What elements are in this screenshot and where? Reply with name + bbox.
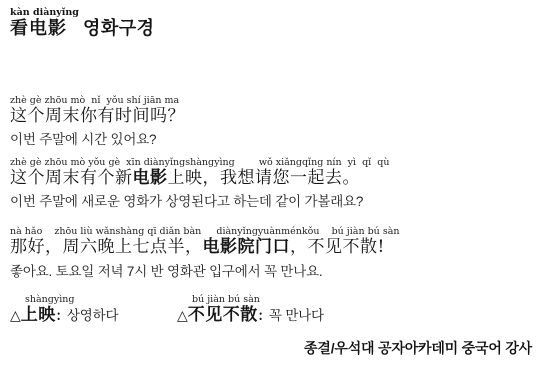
credit-line: 종결/우석대 공자아카데미 중국어 강사 (10, 338, 532, 358)
title-line: 看电影영화구경 (10, 18, 532, 40)
hanzi-line: 这个周末有个新电影上映，我想请您一起去。 (10, 168, 532, 189)
hanzi-text: 这个周末你有时间吗？ (10, 106, 185, 126)
dialog-line-2: zhè gè zhōu mò yǒu gè xīn diànyǐngshàngy… (10, 158, 532, 210)
vocab-entry-shangying: shàngyìng △上映: 상영하다 (10, 295, 177, 325)
hanzi-text: 那好，周六晚上七点半， (10, 237, 203, 257)
dialog-line-1: zhè gè zhōu mò nǐ yǒu shí jiān ma 这个周末你有… (10, 96, 532, 148)
hanzi-text: 这个周末有个新 (10, 168, 133, 188)
vocab-pinyin: bú jiàn bú sàn (177, 295, 324, 305)
vocab-entry-bujianbusan: bú jiàn bú sàn △不见不散: 꼭 만나다 (177, 295, 324, 325)
vocab-pinyin: shàngyìng (10, 295, 177, 305)
vocab-definition: △不见不散: 꼭 만나다 (177, 305, 324, 325)
hanzi-bold-text: 电影院门口 (203, 237, 291, 257)
vocab-separator: : (56, 305, 67, 325)
hanzi-text: ，不见不散! (290, 237, 385, 257)
lesson-page: kàn diànyǐng 看电影영화구경 zhè gè zhōu mò nǐ y… (0, 0, 540, 367)
hanzi-line: 那好，周六晚上七点半，电影院门口，不见不散! (10, 237, 532, 258)
korean-translation: 좋아요. 토요일 저녁 7시 반 영화관 입구에서 꼭 만나요. (10, 264, 532, 280)
vocab-korean: 상영하다 (67, 308, 118, 323)
vocab-hanzi: 不见不散 (188, 305, 258, 325)
pinyin-line: nà hǎo zhōu liù wǎnshàng qī diǎn bàn dià… (10, 227, 532, 237)
vocab-section: shàngyìng △上映: 상영하다 bú jiàn bú sàn △不见不散… (10, 295, 532, 325)
title-korean: 영화구경 (83, 18, 155, 38)
lesson-title-block: kàn diànyǐng 看电影영화구경 (10, 8, 532, 40)
hanzi-line: 这个周末你有时间吗？ (10, 106, 532, 127)
hanzi-bold-text: 电影 (133, 168, 168, 188)
vocab-definition: △上映: 상영하다 (10, 305, 177, 325)
vocab-korean: 꼭 만나다 (269, 308, 324, 323)
dialog-section: zhè gè zhōu mò nǐ yǒu shí jiān ma 这个周末你有… (10, 96, 532, 280)
triangle-marker-icon: △ (177, 308, 188, 324)
vocab-hanzi: 上映 (21, 305, 56, 325)
hanzi-text: 上映，我想请您一起去。 (168, 168, 361, 188)
pinyin-line: zhè gè zhōu mò yǒu gè xīn diànyǐngshàngy… (10, 158, 532, 168)
dialog-line-3: nà hǎo zhōu liù wǎnshàng qī diǎn bàn dià… (10, 227, 532, 279)
pinyin-line: zhè gè zhōu mò nǐ yǒu shí jiān ma (10, 96, 532, 106)
title-pinyin: kàn diànyǐng (10, 8, 532, 18)
korean-translation: 이번 주말에 새로운 영화가 상영된다고 하는데 같이 가볼래요? (10, 194, 532, 210)
title-hanzi: 看电影 (10, 18, 67, 39)
korean-translation: 이번 주말에 시간 있어요? (10, 132, 532, 148)
vocab-separator: : (258, 305, 269, 325)
triangle-marker-icon: △ (10, 308, 21, 324)
